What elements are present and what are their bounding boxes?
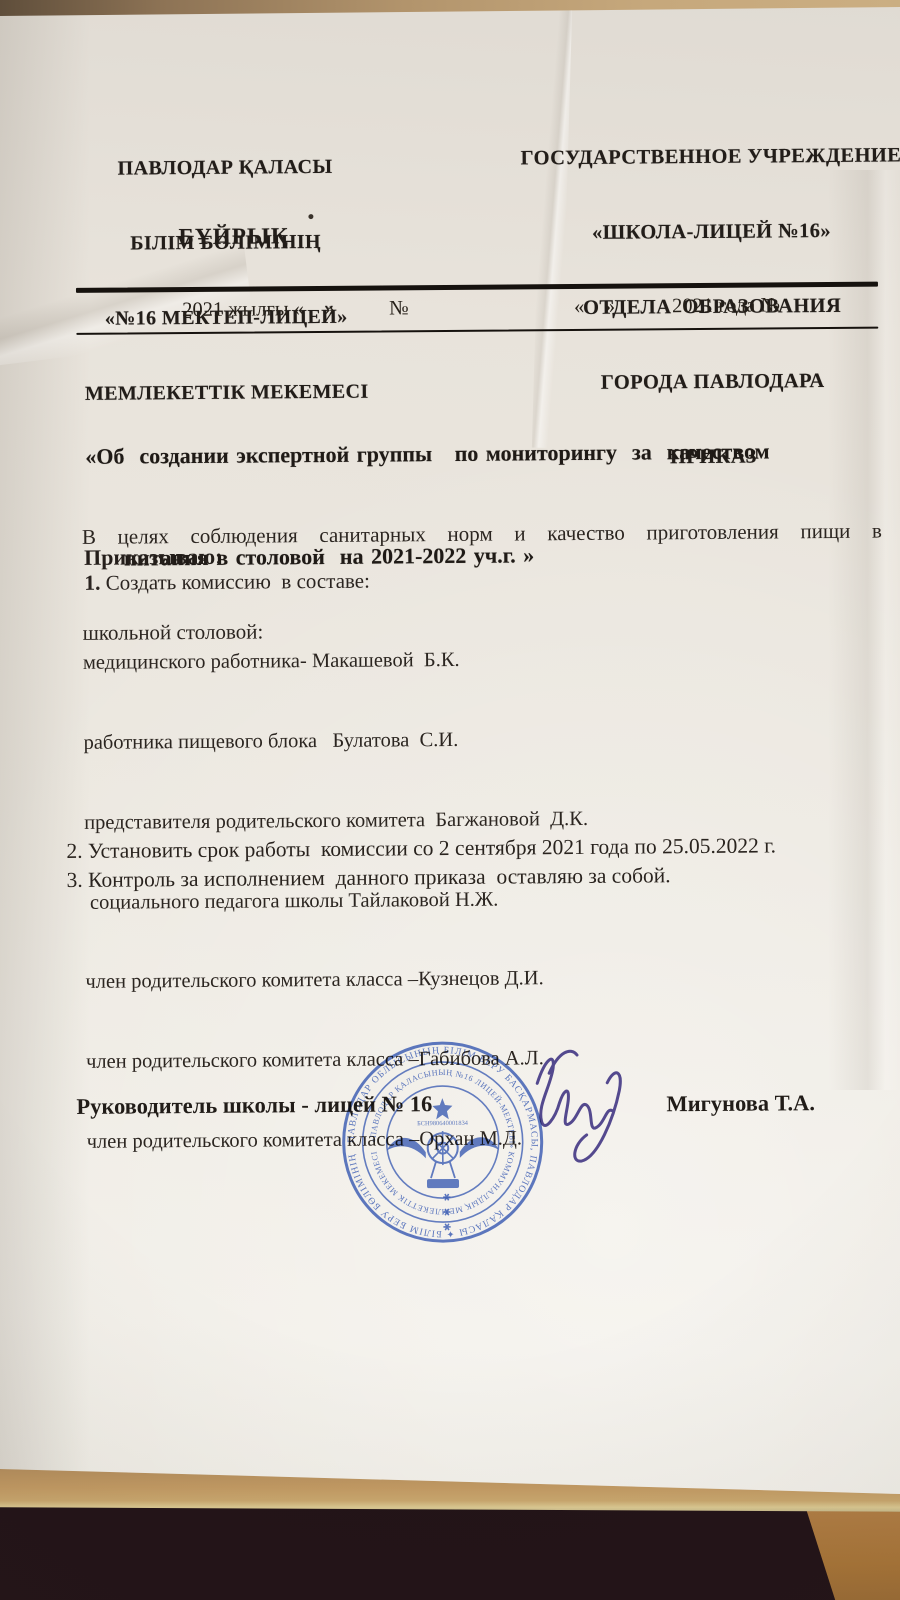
header-kazakh-line: ПАВЛОДАР ҚАЛАСЫ bbox=[35, 154, 415, 182]
commission-member: медицинского работника- Макашевой Б.К. bbox=[83, 646, 587, 677]
date-blank-russian: 2021 года № bbox=[672, 294, 780, 318]
rule-thick-line bbox=[76, 282, 878, 293]
date-quotes: « » bbox=[574, 296, 615, 319]
commission-member: член родительского комитета класса –Кузн… bbox=[85, 965, 589, 996]
photo-of-school-order-document: ПАВЛОДАР ҚАЛАСЫ БІЛІМ БӨЛІМІНІҢ «№16 МЕК… bbox=[0, 0, 900, 1600]
order-item-2: 2. Установить срок работы комиссии со 2 … bbox=[66, 833, 776, 864]
order-item-3: 3. Контроль за исполнением данного прика… bbox=[67, 863, 671, 893]
stamp-registration-number: БСН980640001834 bbox=[417, 1120, 469, 1127]
emblem-star bbox=[432, 1098, 452, 1119]
header-russian-line: «ШКОЛА-ЛИЦЕЙ №16» bbox=[515, 218, 900, 246]
order-verb-heading: Приказываю: bbox=[84, 544, 223, 571]
signature-stroke-loop bbox=[574, 1073, 621, 1161]
handwritten-signature bbox=[507, 1040, 688, 1186]
signature-name: Мигунова Т.А. bbox=[666, 1090, 815, 1117]
number-sign: № bbox=[389, 297, 409, 320]
commission-member: работника пищевого блока Булатова С.И. bbox=[83, 726, 587, 757]
emblem-wing-left bbox=[387, 1138, 426, 1159]
date-blank-kazakh: 2021 жылғы « » bbox=[182, 298, 335, 322]
order-item-1: 1. Создать комиссию в составе: bbox=[84, 569, 370, 596]
header-russian-line: ГОСУДАРСТВЕННОЕ УЧРЕЖДЕНИЕ bbox=[515, 143, 900, 171]
stamp-stars: ✱ ✱ ✱ bbox=[440, 1193, 451, 1233]
order-word-kazakh: БҰЙРЫҚ bbox=[178, 223, 288, 250]
document-content: ПАВЛОДАР ҚАЛАСЫ БІЛІМ БӨЛІМІНІҢ «№16 МЕК… bbox=[0, 0, 900, 1600]
order-item-1-number: 1. bbox=[84, 571, 100, 595]
emblem-wing-right bbox=[460, 1137, 499, 1158]
stamp-emblem bbox=[386, 1098, 499, 1189]
signature-stroke-main bbox=[537, 1059, 613, 1129]
rule-thin-line bbox=[76, 326, 878, 335]
order-item-1-text: Создать комиссию в составе: bbox=[100, 569, 370, 595]
emblem-banner bbox=[427, 1179, 459, 1188]
ink-dot bbox=[308, 214, 313, 219]
commission-member: представителя родительского комитета Баг… bbox=[84, 806, 588, 837]
